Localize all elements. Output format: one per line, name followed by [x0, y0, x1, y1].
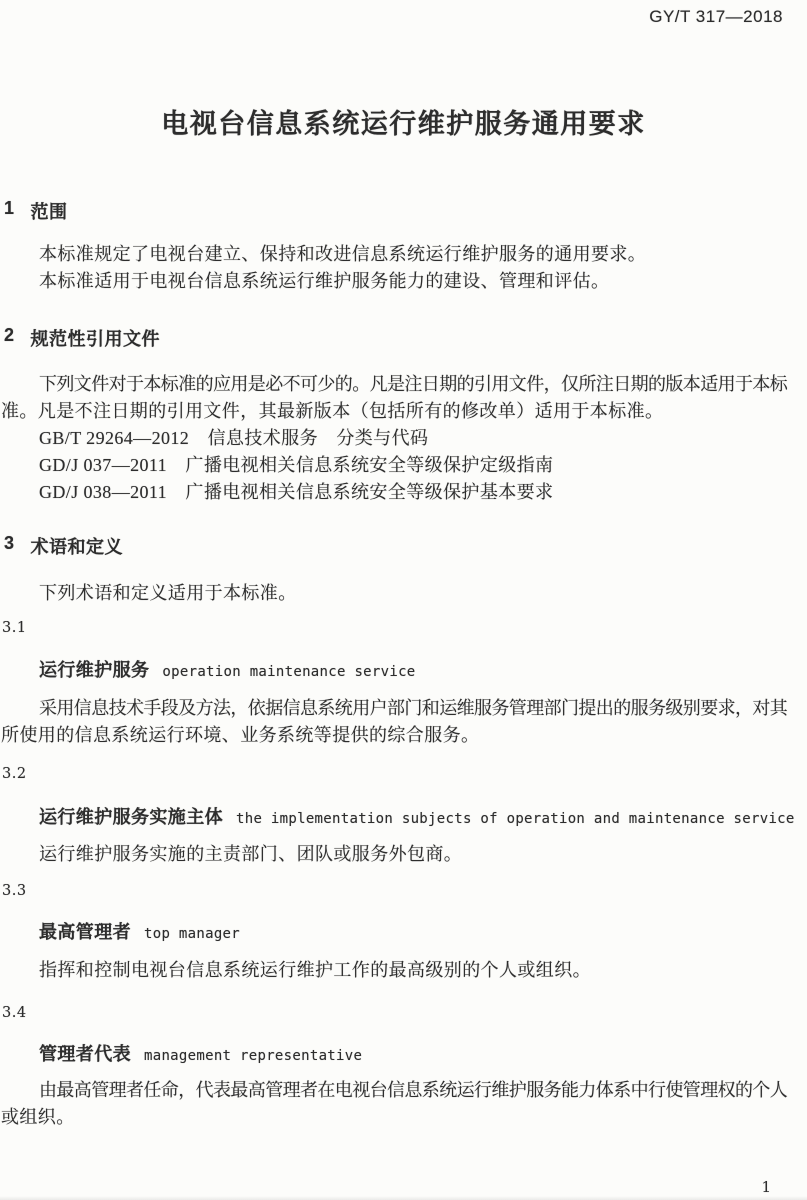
- term-en-3-3: top manager: [144, 926, 240, 942]
- references-intro-line-1: 下列文件对于本标准的应用是必不可少的。凡是注日期的引用文件，仅所注日期的版本适用…: [39, 374, 787, 394]
- references-intro-line-2: 准。凡是不注日期的引用文件，其最新版本（包括所有的修改单）适用于本标准。: [1, 401, 663, 421]
- section-3-heading: 3 术语和定义: [4, 533, 123, 559]
- page-number: 1: [761, 1178, 771, 1196]
- reference-item-3: GD/J 038—2011 广播电视相关信息系统安全等级保护基本要求: [39, 482, 553, 502]
- definition-3-1-line-1: 采用信息技术手段及方法，依据信息系统用户部门和运维服务管理部门提出的服务级别要求…: [39, 698, 787, 718]
- section-2-heading: 2 规范性引用文件: [4, 325, 160, 351]
- term-row-3-4: 管理者代表 management representative: [39, 1040, 362, 1066]
- document-page: GY/T 317—2018 电视台信息系统运行维护服务通用要求 1 范围 本标准…: [0, 0, 807, 1200]
- scope-line-2: 本标准适用于电视台信息系统运行维护服务能力的建设、管理和评估。: [39, 271, 609, 291]
- section-3-number: 3: [4, 533, 15, 559]
- clause-number-3-2: 3.2: [2, 766, 27, 782]
- definition-3-3-line-1: 指挥和控制电视台信息系统运行维护工作的最高级别的个人或组织。: [39, 960, 591, 980]
- page-title: 电视台信息系统运行维护服务通用要求: [0, 102, 807, 141]
- definition-3-1-line-2: 所使用的信息系统运行环境、业务系统等提供的综合服务。: [1, 725, 479, 745]
- reference-item-1: GB/T 29264—2012 信息技术服务 分类与代码: [39, 428, 428, 448]
- term-en-3-1: operation maintenance service: [162, 664, 415, 680]
- term-zh-3-4: 管理者代表: [39, 1040, 131, 1066]
- section-1-label: 范围: [31, 198, 68, 224]
- term-row-3-2: 运行维护服务实施主体 the implementation subjects o…: [39, 803, 795, 829]
- terms-intro: 下列术语和定义适用于本标准。: [39, 583, 297, 603]
- term-row-3-1: 运行维护服务 operation maintenance service: [39, 656, 416, 682]
- definition-3-4-line-2: 或组织。: [1, 1107, 75, 1127]
- scope-line-1: 本标准规定了电视台建立、保持和改进信息系统运行维护服务的通用要求。: [39, 244, 646, 264]
- term-en-3-2: the implementation subjects of operation…: [236, 811, 795, 827]
- term-zh-3-2: 运行维护服务实施主体: [39, 803, 223, 829]
- term-zh-3-3: 最高管理者: [39, 918, 131, 944]
- term-row-3-3: 最高管理者 top manager: [39, 918, 240, 944]
- clause-number-3-4: 3.4: [2, 1005, 27, 1021]
- doc-number: GY/T 317—2018: [649, 7, 783, 27]
- clause-number-3-3: 3.3: [2, 883, 27, 899]
- section-1-number: 1: [4, 198, 15, 224]
- reference-item-2: GD/J 037—2011 广播电视相关信息系统安全等级保护定级指南: [39, 455, 553, 475]
- section-2-label: 规范性引用文件: [31, 325, 161, 351]
- section-2-number: 2: [4, 325, 15, 351]
- definition-3-4-line-1: 由最高管理者任命，代表最高管理者在电视台信息系统运行维护服务能力体系中行使管理权…: [39, 1080, 787, 1100]
- section-1-heading: 1 范围: [4, 198, 68, 224]
- definition-3-2-line-1: 运行维护服务实施的主责部门、团队或服务外包商。: [39, 844, 462, 864]
- section-3-label: 术语和定义: [31, 533, 124, 559]
- term-en-3-4: management representative: [144, 1048, 362, 1064]
- clause-number-3-1: 3.1: [2, 620, 27, 636]
- term-zh-3-1: 运行维护服务: [39, 656, 149, 682]
